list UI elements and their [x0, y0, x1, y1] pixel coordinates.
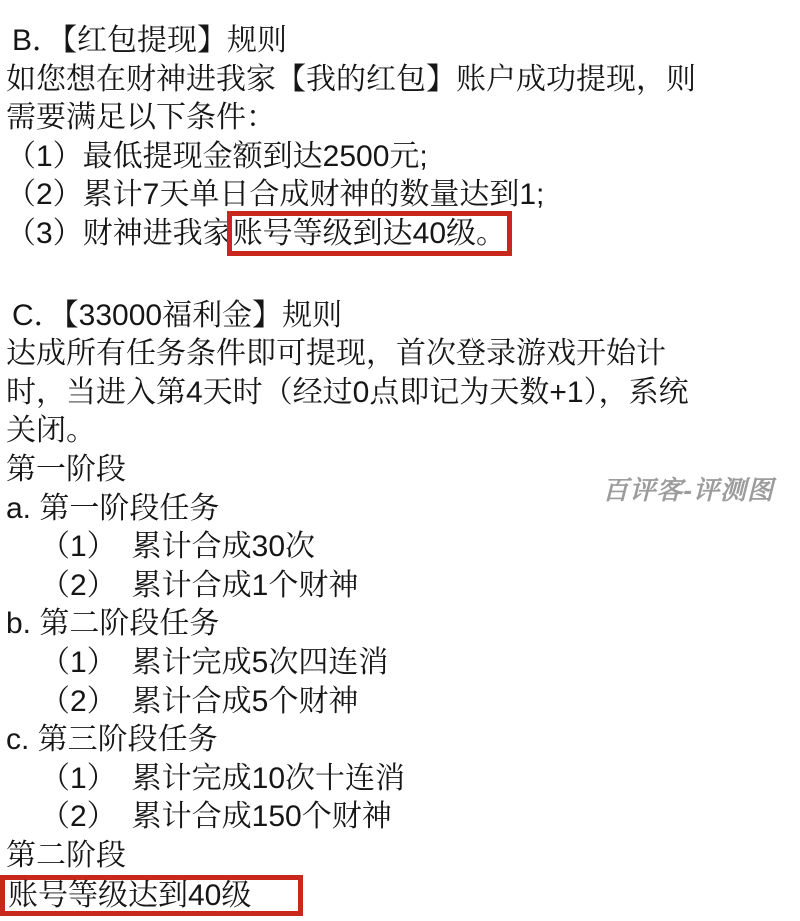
- highlight-box-stage2-level: 账号等级达到40级: [0, 875, 303, 916]
- section-c-intro-line-2: 时，当进入第4天时（经过0点即记为天数+1），系统: [0, 374, 800, 413]
- stage2-requirement-text: 账号等级达到40级: [8, 879, 251, 912]
- rules-document-page: B．【红包提现】规则 如您想在财神进我家【我的红包】账户成功提现，则 需要满足以…: [0, 0, 800, 921]
- stage1-group-a-task-2: （2） 累计合成1个财神: [0, 567, 800, 606]
- stage1-group-a-task-1: （1） 累计合成30次: [0, 528, 800, 567]
- section-b-condition-2: （2）累计7天单日合成财神的数量达到1;: [0, 176, 800, 215]
- highlight-box-withdraw-level: 账号等级到达40级。: [233, 217, 506, 250]
- section-c-heading: C．【33000福利金】规则: [0, 297, 800, 336]
- section-b-intro-line-1: 如您想在财神进我家【我的红包】账户成功提现，则: [0, 61, 800, 100]
- stage1-group-c-task-1: （1） 累计完成10次十连消: [0, 760, 800, 799]
- section-b-condition-3-prefix: （3）财神进我家: [6, 217, 233, 250]
- section-b-heading: B．【红包提现】规则: [0, 22, 800, 61]
- section-c-intro-line-3: 关闭。: [0, 412, 800, 451]
- watermark: 百评客-评测图: [602, 470, 774, 507]
- section-c-intro-line-1: 达成所有任务条件即可提现，首次登录游戏开始计: [0, 335, 800, 374]
- section-b-intro-line-2: 需要满足以下条件：: [0, 99, 800, 138]
- stage1-group-b-task-1: （1） 累计完成5次四连消: [0, 644, 800, 683]
- section-b-condition-3: （3）财神进我家账号等级到达40级。: [0, 215, 800, 254]
- stage1-group-c-label: c. 第三阶段任务: [0, 721, 800, 760]
- stage2-title: 第二阶段: [0, 837, 800, 876]
- section-divider-space: [0, 254, 800, 297]
- stage1-group-c-task-2: （2） 累计合成150个财神: [0, 798, 800, 837]
- stage1-group-b-label: b. 第二阶段任务: [0, 605, 800, 644]
- section-b-condition-1: （1）最低提现金额到达2500元;: [0, 138, 800, 177]
- stage1-group-b-task-2: （2） 累计合成5个财神: [0, 683, 800, 722]
